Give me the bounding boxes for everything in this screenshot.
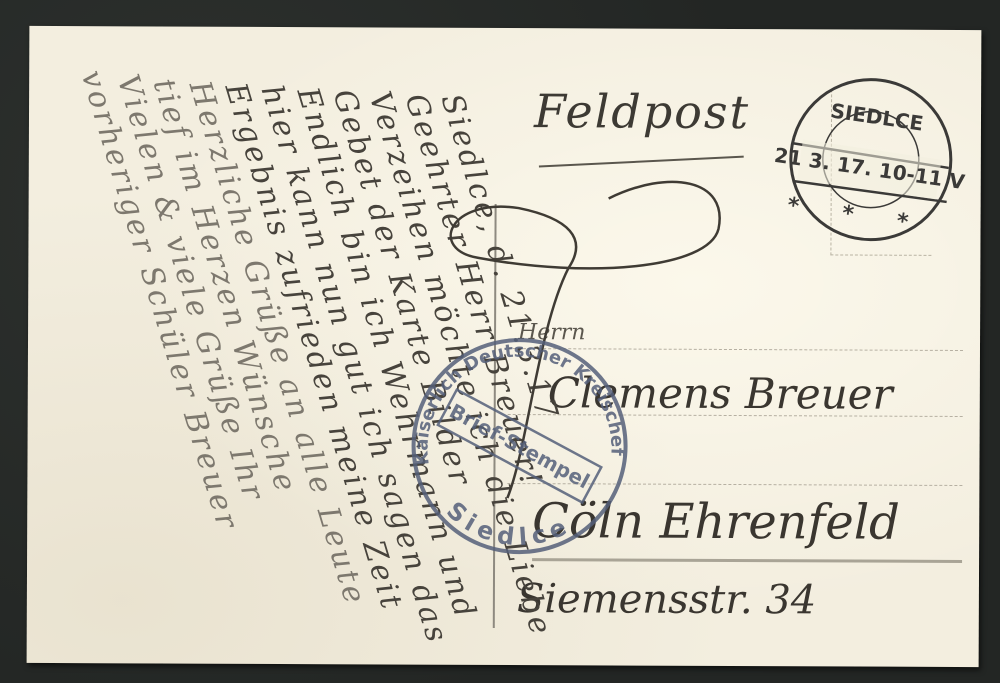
- address-line: [507, 483, 962, 486]
- feldpost-heading: Feldpost: [534, 84, 750, 139]
- feldpost-underline: [539, 156, 744, 168]
- address-city: Cöln Ehrenfeld: [532, 493, 900, 551]
- stamp-placement-box: [830, 89, 932, 255]
- address-street: Siemensstr. 34: [517, 576, 817, 623]
- address-line: [532, 558, 962, 563]
- message-block: Siedlce, d. 21.3.17 Geehrter Herr Breuer…: [29, 26, 981, 30]
- address-name: Clemens Breuer: [548, 368, 893, 419]
- postcard: Feldpost Herrn Clemens Breuer Cöln Ehren…: [27, 26, 982, 667]
- address-line: [508, 348, 963, 351]
